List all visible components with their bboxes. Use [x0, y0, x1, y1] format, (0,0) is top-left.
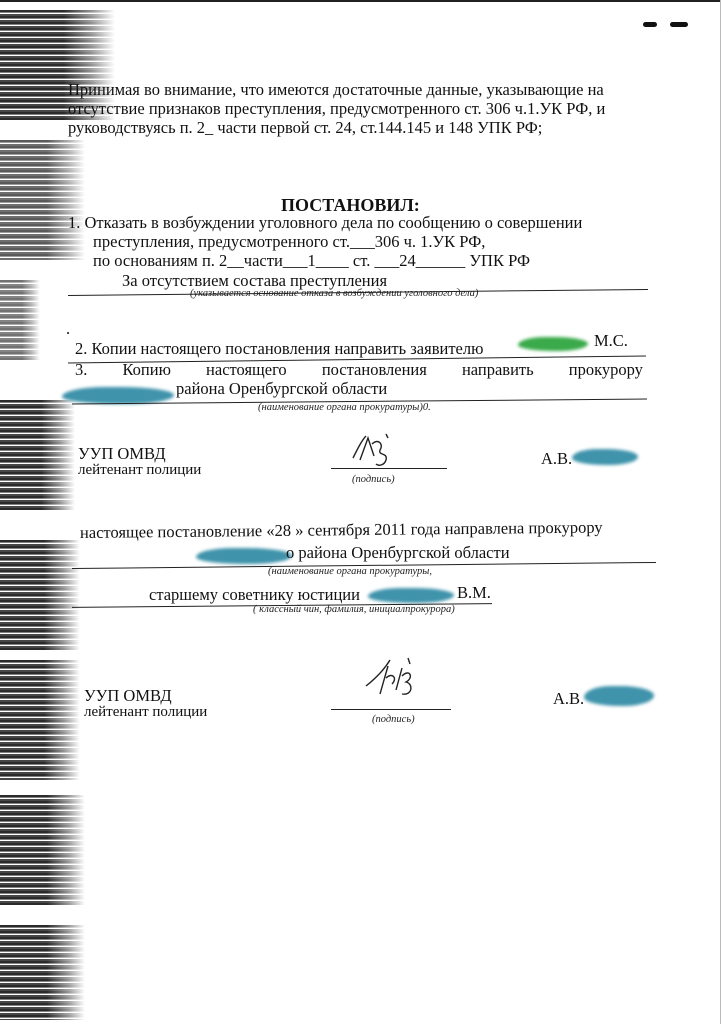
item3-line-2: района Оренбургской области — [176, 380, 387, 398]
stray-dot: . — [66, 320, 70, 338]
item1-line-2: преступления, предусмотренного ст.___306… — [93, 233, 485, 251]
page-mark-right — [670, 22, 688, 27]
scan-noise — [0, 140, 85, 260]
transmittal-caption-1: (наименование органа прокуратуры, — [268, 566, 432, 577]
item3-word: Копию — [123, 361, 171, 379]
item3-word: прокурору — [569, 361, 643, 379]
signer-position-2: УУП ОМВД — [84, 687, 172, 705]
item1-line-1: 1. Отказать в возбуждении уголовного дел… — [68, 214, 582, 232]
signer-rank: лейтенант полиции — [78, 462, 201, 479]
scan-top-edge — [0, 0, 720, 2]
item2-initials: М.С. — [594, 332, 628, 350]
reason-caption: (указывается основание отказа в возбужде… — [190, 288, 478, 299]
transmittal-line-1: настоящее постановление «28 » сентября 2… — [80, 519, 603, 542]
transmittal-line-3: старшему советнику юстиции — [149, 586, 360, 604]
item3-word: 3. — [75, 361, 87, 379]
scan-noise — [0, 540, 80, 650]
scan-noise — [0, 795, 85, 905]
signer-initials: А.В. — [541, 450, 572, 468]
redaction-blue — [62, 387, 174, 404]
scan-noise — [0, 400, 75, 510]
signer-initials-2: А.В. — [553, 690, 584, 708]
transmittal-initials: В.М. — [457, 584, 491, 602]
redaction-green — [518, 337, 588, 351]
item3-caption: (наименование органа прокуратуры)0. — [258, 402, 431, 413]
signature-icon — [362, 656, 424, 702]
redaction-blue — [584, 686, 654, 706]
preamble-line-2: отсутствие признаков преступления, преду… — [68, 100, 605, 118]
scan-noise — [0, 925, 85, 1020]
item3-word: настоящего — [206, 361, 287, 379]
transmittal-caption-2: ( классный чин, фамилия, инициалпрокурор… — [253, 604, 455, 615]
preamble-line-1: Принимая во внимание, что имеются достат… — [68, 81, 604, 99]
redaction-blue — [572, 449, 638, 465]
scan-right-edge — [720, 0, 721, 1024]
item2-text: 2. Копии настоящего постановления направ… — [75, 340, 483, 358]
redaction-blue — [368, 588, 454, 603]
item1-line-3: по основаниям п. 2__части___1____ ст. __… — [93, 252, 530, 270]
signature-caption-2: (подпись) — [372, 714, 415, 725]
scan-noise — [0, 280, 40, 360]
item3-word: постановления — [322, 361, 427, 379]
signature-caption: (подпись) — [352, 474, 395, 485]
signature-line-2 — [331, 709, 451, 710]
page-mark-left — [643, 22, 657, 27]
transmittal-line-2: о района Оренбургской области — [286, 544, 510, 562]
scan-noise — [0, 660, 80, 780]
signature-line — [331, 468, 447, 469]
signer-rank-2: лейтенант полиции — [84, 704, 207, 721]
signer-position: УУП ОМВД — [78, 445, 166, 463]
redaction-blue — [196, 548, 292, 564]
signature-icon — [348, 430, 398, 470]
item3-line-1: 3. Копию настоящего постановления направ… — [75, 361, 643, 379]
item3-word: направить — [462, 361, 534, 379]
preamble-line-3: руководствуясь п. 2_ части первой ст. 24… — [68, 119, 542, 137]
